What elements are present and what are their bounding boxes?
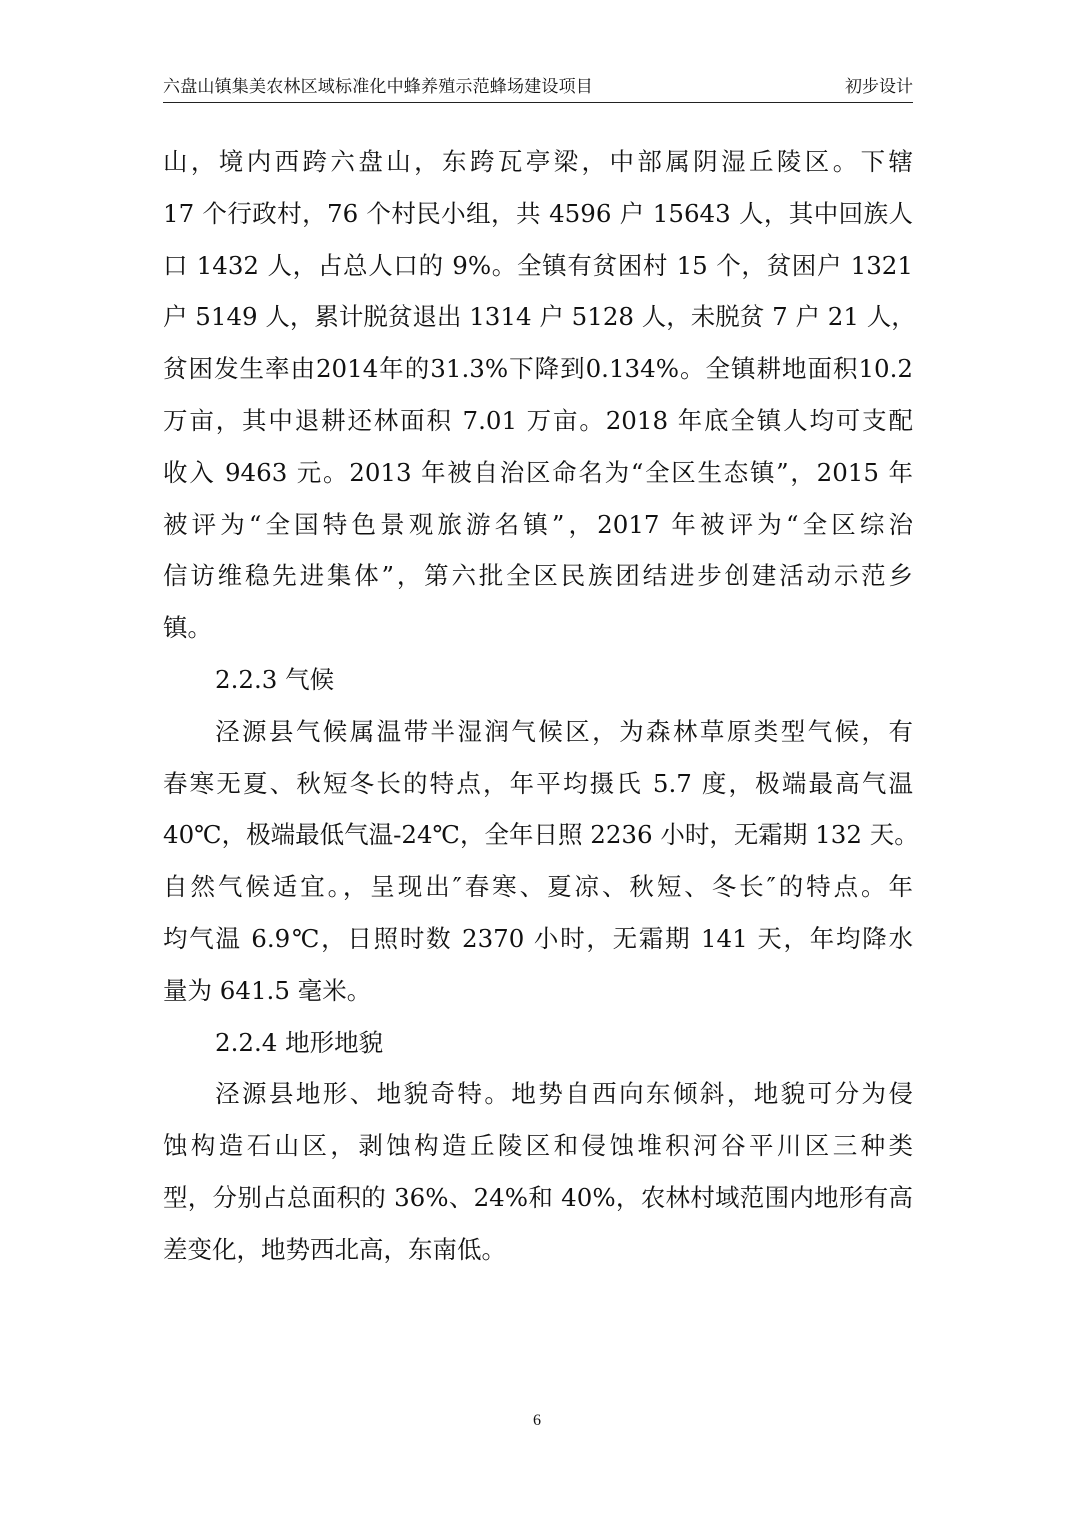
paragraph-population: 山，境内西跨六盘山，东跨瓦亭梁，中部属阴湿丘陵区。下辖 17 个行政村，76 个…: [163, 136, 913, 654]
text-line: 户 5149 人，累计脱贫退出 1314 户 5128 人，未脱贫 7 户 21…: [163, 291, 913, 343]
document-title: 六盘山镇集美农林区域标准化中蜂养殖示范蜂场建设项目: [163, 76, 593, 98]
text-line: 40℃，极端最低气温-24℃，全年日照 2236 小时，无霜期 132 天。: [163, 809, 913, 861]
page-header: 六盘山镇集美农林区域标准化中蜂养殖示范蜂场建设项目 初步设计: [163, 76, 913, 103]
text-line: 17 个行政村，76 个村民小组，共 4596 户 15643 人，其中回族人: [163, 188, 913, 240]
text-line: 泾源县气候属温带半湿润气候区，为森林草原类型气候，有: [163, 706, 913, 758]
text-line: 被评为“全国特色景观旅游名镇”，2017 年被评为“全区综治: [163, 499, 913, 551]
text-line: 口 1432 人，占总人口的 9%。全镇有贫困村 15 个，贫困户 1321: [163, 240, 913, 292]
text-line: 量为 641.5 毫米。: [163, 965, 913, 1017]
text-line: 万亩，其中退耕还林面积 7.01 万亩。2018 年底全镇人均可支配: [163, 395, 913, 447]
text-line: 型，分别占总面积的 36%、24%和 40%，农林村域范围内地形有高: [163, 1172, 913, 1224]
section-heading-terrain: 2.2.4 地形地貌: [163, 1017, 913, 1069]
page-number: 6: [0, 1412, 1074, 1430]
document-section-label: 初步设计: [845, 76, 913, 98]
text-line: 春寒无夏、秋短冬长的特点，年平均摄氏 5.7 度，极端最高气温: [163, 758, 913, 810]
text-line: 自然气候适宜。，呈现出″春寒、夏凉、秋短、冬长″的特点。年: [163, 861, 913, 913]
text-line: 山，境内西跨六盘山，东跨瓦亭梁，中部属阴湿丘陵区。下辖: [163, 136, 913, 188]
paragraph-terrain: 泾源县地形、地貌奇特。地势自西向东倾斜，地貌可分为侵 蚀构造石山区，剥蚀构造丘陵…: [163, 1068, 913, 1275]
text-line: 收入 9463 元。2013 年被自治区命名为“全区生态镇”，2015 年: [163, 447, 913, 499]
paragraph-climate: 泾源县气候属温带半湿润气候区，为森林草原类型气候，有 春寒无夏、秋短冬长的特点，…: [163, 706, 913, 1017]
document-body: 山，境内西跨六盘山，东跨瓦亭梁，中部属阴湿丘陵区。下辖 17 个行政村，76 个…: [163, 136, 913, 1276]
text-line: 差变化，地势西北高，东南低。: [163, 1224, 913, 1276]
section-heading-climate: 2.2.3 气候: [163, 654, 913, 706]
text-line: 蚀构造石山区，剥蚀构造丘陵区和侵蚀堆积河谷平川区三种类: [163, 1120, 913, 1172]
text-line: 镇。: [163, 602, 913, 654]
text-line: 泾源县地形、地貌奇特。地势自西向东倾斜，地貌可分为侵: [163, 1068, 913, 1120]
text-line: 均气温 6.9℃，日照时数 2370 小时，无霜期 141 天，年均降水: [163, 913, 913, 965]
text-line: 信访维稳先进集体”，第六批全区民族团结进步创建活动示范乡: [163, 550, 913, 602]
text-line: 贫困发生率由2014年的31.3%下降到0.134%。全镇耕地面积10.2: [163, 343, 913, 395]
